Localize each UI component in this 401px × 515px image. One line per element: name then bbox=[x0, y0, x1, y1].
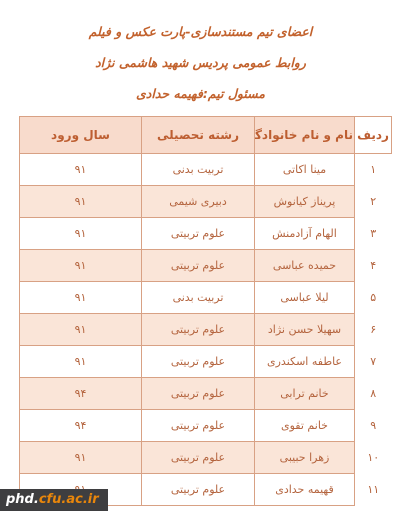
cell-major: علوم تربیتی bbox=[142, 442, 255, 474]
cell-row-number: ۱۱ bbox=[355, 474, 392, 506]
cell-name: مینا اکاتی bbox=[255, 154, 355, 186]
table-row: ۳ الهام آزادمنش علوم تربیتی ۹۱ bbox=[20, 218, 392, 250]
cell-row-number: ۸ bbox=[355, 378, 392, 410]
watermark-prefix: phd. bbox=[6, 492, 39, 507]
cell-row-number: ۵ bbox=[355, 282, 392, 314]
cell-name: سهیلا حسن نژاد bbox=[255, 314, 355, 346]
cell-year: ۹۱ bbox=[20, 154, 142, 186]
cell-name: خانم ترابی bbox=[255, 378, 355, 410]
table-row: ۱ مینا اکاتی تربیت بدنی ۹۱ bbox=[20, 154, 392, 186]
cell-year: ۹۱ bbox=[20, 346, 142, 378]
table-row: ۷ عاطفه اسکندری علوم تربیتی ۹۱ bbox=[20, 346, 392, 378]
title-line-3: مسئول تیم:فهیمه حدادی bbox=[0, 85, 401, 103]
cell-name: حمیده عباسی bbox=[255, 250, 355, 282]
header-name: نام و نام خانوادگی bbox=[255, 117, 355, 154]
cell-major: علوم تربیتی bbox=[142, 346, 255, 378]
cell-major: علوم تربیتی bbox=[142, 410, 255, 442]
cell-name: قهیمه حدادی bbox=[255, 474, 355, 506]
title-line-1: اعضای تیم مستندسازی-پارت عکس و فیلم bbox=[0, 23, 401, 41]
cell-major: تربیت بدنی bbox=[142, 154, 255, 186]
cell-major: علوم تربیتی bbox=[142, 218, 255, 250]
cell-year: ۹۱ bbox=[20, 186, 142, 218]
cell-row-number: ۴ bbox=[355, 250, 392, 282]
table-body: ۱ مینا اکاتی تربیت بدنی ۹۱ ۲ پریناز کیان… bbox=[20, 154, 392, 506]
cell-year: ۹۴ bbox=[20, 378, 142, 410]
cell-row-number: ۹ bbox=[355, 410, 392, 442]
cell-major: علوم تربیتی bbox=[142, 378, 255, 410]
cell-name: الهام آزادمنش bbox=[255, 218, 355, 250]
cell-year: ۹۱ bbox=[20, 218, 142, 250]
cell-major: علوم تربیتی bbox=[142, 250, 255, 282]
watermark-suffix: cfu.ac.ir bbox=[39, 492, 99, 507]
cell-row-number: ۷ bbox=[355, 346, 392, 378]
table-row: ۱۰ زهرا حبیبی علوم تربیتی ۹۱ bbox=[20, 442, 392, 474]
cell-year: ۹۱ bbox=[20, 442, 142, 474]
cell-name: لیلا عباسی bbox=[255, 282, 355, 314]
cell-name: زهرا حبیبی bbox=[255, 442, 355, 474]
cell-major: علوم تربیتی bbox=[142, 474, 255, 506]
table-row: ۲ پریناز کیانوش دبیری شیمی ۹۱ bbox=[20, 186, 392, 218]
cell-major: دبیری شیمی bbox=[142, 186, 255, 218]
cell-row-number: ۳ bbox=[355, 218, 392, 250]
cell-row-number: ۱۰ bbox=[355, 442, 392, 474]
cell-name: خانم تقوی bbox=[255, 410, 355, 442]
cell-row-number: ۲ bbox=[355, 186, 392, 218]
table-row: ۶ سهیلا حسن نژاد علوم تربیتی ۹۱ bbox=[20, 314, 392, 346]
cell-year: ۹۱ bbox=[20, 314, 142, 346]
site-watermark: phd.cfu.ac.ir bbox=[0, 489, 108, 511]
cell-year: ۹۱ bbox=[20, 250, 142, 282]
table-row: ۹ خانم تقوی علوم تربیتی ۹۴ bbox=[20, 410, 392, 442]
header-year: سال ورود bbox=[20, 117, 142, 154]
cell-name: پریناز کیانوش bbox=[255, 186, 355, 218]
table-row: ۸ خانم ترابی علوم تربیتی ۹۴ bbox=[20, 378, 392, 410]
header-major: رشته تحصیلی bbox=[142, 117, 255, 154]
members-table: ردیف نام و نام خانوادگی رشته تحصیلی سال … bbox=[19, 116, 392, 506]
cell-row-number: ۶ bbox=[355, 314, 392, 346]
cell-year: ۹۴ bbox=[20, 410, 142, 442]
title-block: اعضای تیم مستندسازی-پارت عکس و فیلم رواب… bbox=[0, 0, 401, 103]
document-page: اعضای تیم مستندسازی-پارت عکس و فیلم رواب… bbox=[0, 0, 401, 515]
table-header-row: ردیف نام و نام خانوادگی رشته تحصیلی سال … bbox=[20, 117, 392, 154]
table-row: ۴ حمیده عباسی علوم تربیتی ۹۱ bbox=[20, 250, 392, 282]
cell-major: تربیت بدنی bbox=[142, 282, 255, 314]
header-row-number: ردیف bbox=[355, 117, 392, 154]
table-row: ۵ لیلا عباسی تربیت بدنی ۹۱ bbox=[20, 282, 392, 314]
cell-year: ۹۱ bbox=[20, 282, 142, 314]
cell-name: عاطفه اسکندری bbox=[255, 346, 355, 378]
title-line-2: روابط عمومی پردیس شهید هاشمی نژاد bbox=[0, 54, 401, 72]
cell-major: علوم تربیتی bbox=[142, 314, 255, 346]
cell-row-number: ۱ bbox=[355, 154, 392, 186]
